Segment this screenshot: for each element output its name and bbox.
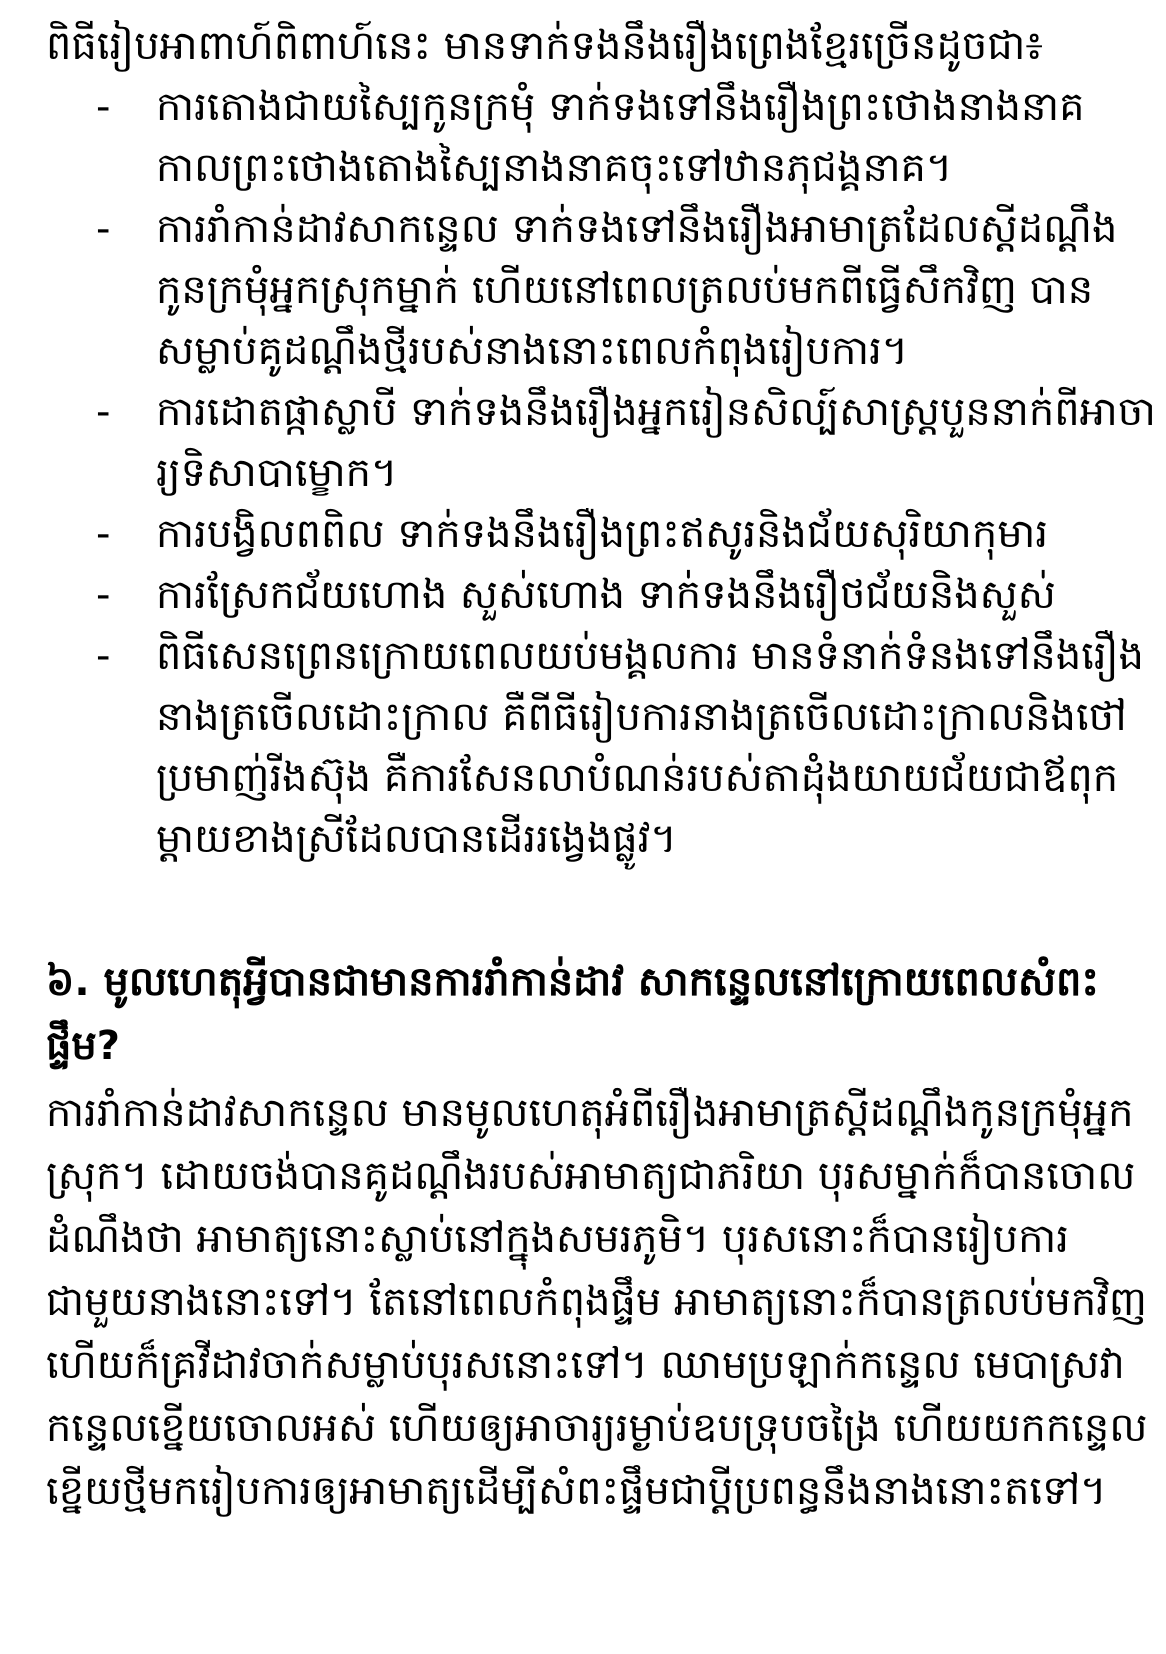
text-line: ជាមួយនាងនោះទៅ។ តែនៅពេលកំពុងផ្ទឹម អាមាត្យ…: [46, 1271, 1126, 1334]
text-line: ពិធីសេនព្រេនក្រោយពេលយប់មង្គលការ មានទំនាក…: [156, 626, 1144, 687]
bullet-dash: -: [96, 504, 156, 565]
bullet-dash: -: [96, 626, 156, 870]
document-page: ពិធីរៀបអាពាហ៍ពិពាហ៍នេះ មានទាក់ទងនឹងរឿងព្…: [0, 0, 1166, 1654]
text-line: សម្លាប់គូដណ្ដឹងថ្មីរបស់នាងនោះពេលកំពុងរៀប…: [156, 321, 1126, 382]
list-item: - ការស្រែកជ័យហោង សួស់ហោង ទាក់ទងនឹងរឿថជ័យ…: [96, 565, 1126, 626]
bullet-text: ការតោងជាយស្បៃកូនក្រមុំ ទាក់ទងទៅនឹងរឿងព្រ…: [156, 77, 1126, 199]
bullet-text: ការបង្វិលពពិល ទាក់ទងនឹងរឿងព្រះឥសូរនិងជ័យ…: [156, 504, 1126, 565]
bullet-text: ការដោតផ្កាស្លាបី ទាក់ទងនឹងរឿងអ្នករៀនសិល្…: [156, 382, 1156, 504]
text-line: ការស្រែកជ័យហោង សួស់ហោង ទាក់ទងនឹងរឿថជ័យនិ…: [156, 565, 1126, 626]
text-line: កន្ទេលខ្នើយចោលអស់ ហើយឲ្យអាចារ្យរម្ងាប់ឧប…: [46, 1397, 1126, 1460]
bullet-text: ពិធីសេនព្រេនក្រោយពេលយប់មង្គលការ មានទំនាក…: [156, 626, 1144, 870]
text-line: ប្រមាញ់រីងស៊ុង គឺការសែនលាបំណន់របស់តាដុំង…: [156, 748, 1144, 809]
list-item: - ពិធីសេនព្រេនក្រោយពេលយប់មង្គលការ មានទំន…: [96, 626, 1126, 870]
heading-line: ៦. មូលហេតុអ្វីបានជាមានការរាំកាន់ដាវ សាកន…: [46, 950, 1126, 1014]
bullet-dash: -: [96, 565, 156, 626]
bullet-dash: -: [96, 199, 156, 382]
text-line: ម្ដាយខាងស្រីដែលបានដើររង្វេងផ្លូវ។: [156, 809, 1144, 870]
text-line: កាលព្រះថោងតោងស្បៃនាងនាគចុះទៅឋានភុជង្គនាគ…: [156, 138, 1126, 199]
text-line: ការតោងជាយស្បៃកូនក្រមុំ ទាក់ទងទៅនឹងរឿងព្រ…: [156, 77, 1126, 138]
bullet-text: ការស្រែកជ័យហោង សួស់ហោង ទាក់ទងនឹងរឿថជ័យនិ…: [156, 565, 1126, 626]
text-line: កូនក្រមុំអ្នកស្រុកម្នាក់ ហើយនៅពេលត្រលប់ម…: [156, 260, 1126, 321]
list-item: - ការរាំកាន់ដាវសាកន្ទេល ទាក់ទងទៅនឹងរឿងអា…: [96, 199, 1126, 382]
list-item: - ការបង្វិលពពិល ទាក់ទងនឹងរឿងព្រះឥសូរនិងជ…: [96, 504, 1126, 565]
body-paragraph: ការរាំកាន់ដាវសាកន្ទេល មានមូលហេតុអំពីរឿងអ…: [46, 1082, 1126, 1523]
text-line: រ្យទិសាបាម្ខោក។: [156, 443, 1156, 504]
bullet-list: - ការតោងជាយស្បៃកូនក្រមុំ ទាក់ទងទៅនឹងរឿងព…: [46, 77, 1126, 870]
text-line: ខ្នើយថ្មីមករៀបការឲ្យអាមាត្យដើម្បីសំពះផ្ទ…: [46, 1460, 1126, 1523]
text-line: ដំណឹងថា អាមាត្យនោះស្លាប់នៅក្នុងសមរភូមិ។ …: [46, 1208, 1126, 1271]
text-line: ការដោតផ្កាស្លាបី ទាក់ទងនឹងរឿងអ្នករៀនសិល្…: [156, 382, 1156, 443]
text-line: ការរាំកាន់ដាវសាកន្ទេល ទាក់ទងទៅនឹងរឿងអាមា…: [156, 199, 1126, 260]
heading-line: ផ្ទឹម?: [46, 1014, 1126, 1078]
bullet-dash: -: [96, 382, 156, 504]
text-line: ហើយក៏គ្រវីដាវចាក់សម្លាប់បុរសនោះទៅ។ ឈាមប្…: [46, 1334, 1126, 1397]
text-line: ការបង្វិលពពិល ទាក់ទងនឹងរឿងព្រះឥសូរនិងជ័យ…: [156, 504, 1126, 565]
intro-line: ពិធីរៀបអាពាហ៍ពិពាហ៍នេះ មានទាក់ទងនឹងរឿងព្…: [46, 16, 1126, 77]
list-item: - ការដោតផ្កាស្លាបី ទាក់ទងនឹងរឿងអ្នករៀនសិ…: [96, 382, 1126, 504]
list-item: - ការតោងជាយស្បៃកូនក្រមុំ ទាក់ទងទៅនឹងរឿងព…: [96, 77, 1126, 199]
text-line: នាងត្រចើលដោះក្រាល គឺពីធីរៀបការនាងត្រចើលដ…: [156, 687, 1144, 748]
bullet-dash: -: [96, 77, 156, 199]
bullet-text: ការរាំកាន់ដាវសាកន្ទេល ទាក់ទងទៅនឹងរឿងអាមា…: [156, 199, 1126, 382]
text-line: ស្រុក។ ដោយចង់បានគូដណ្ដឹងរបស់អាមាត្យជាភរិ…: [46, 1145, 1126, 1208]
section-heading: ៦. មូលហេតុអ្វីបានជាមានការរាំកាន់ដាវ សាកន…: [46, 950, 1126, 1078]
text-line: ការរាំកាន់ដាវសាកន្ទេល មានមូលហេតុអំពីរឿងអ…: [46, 1082, 1126, 1145]
